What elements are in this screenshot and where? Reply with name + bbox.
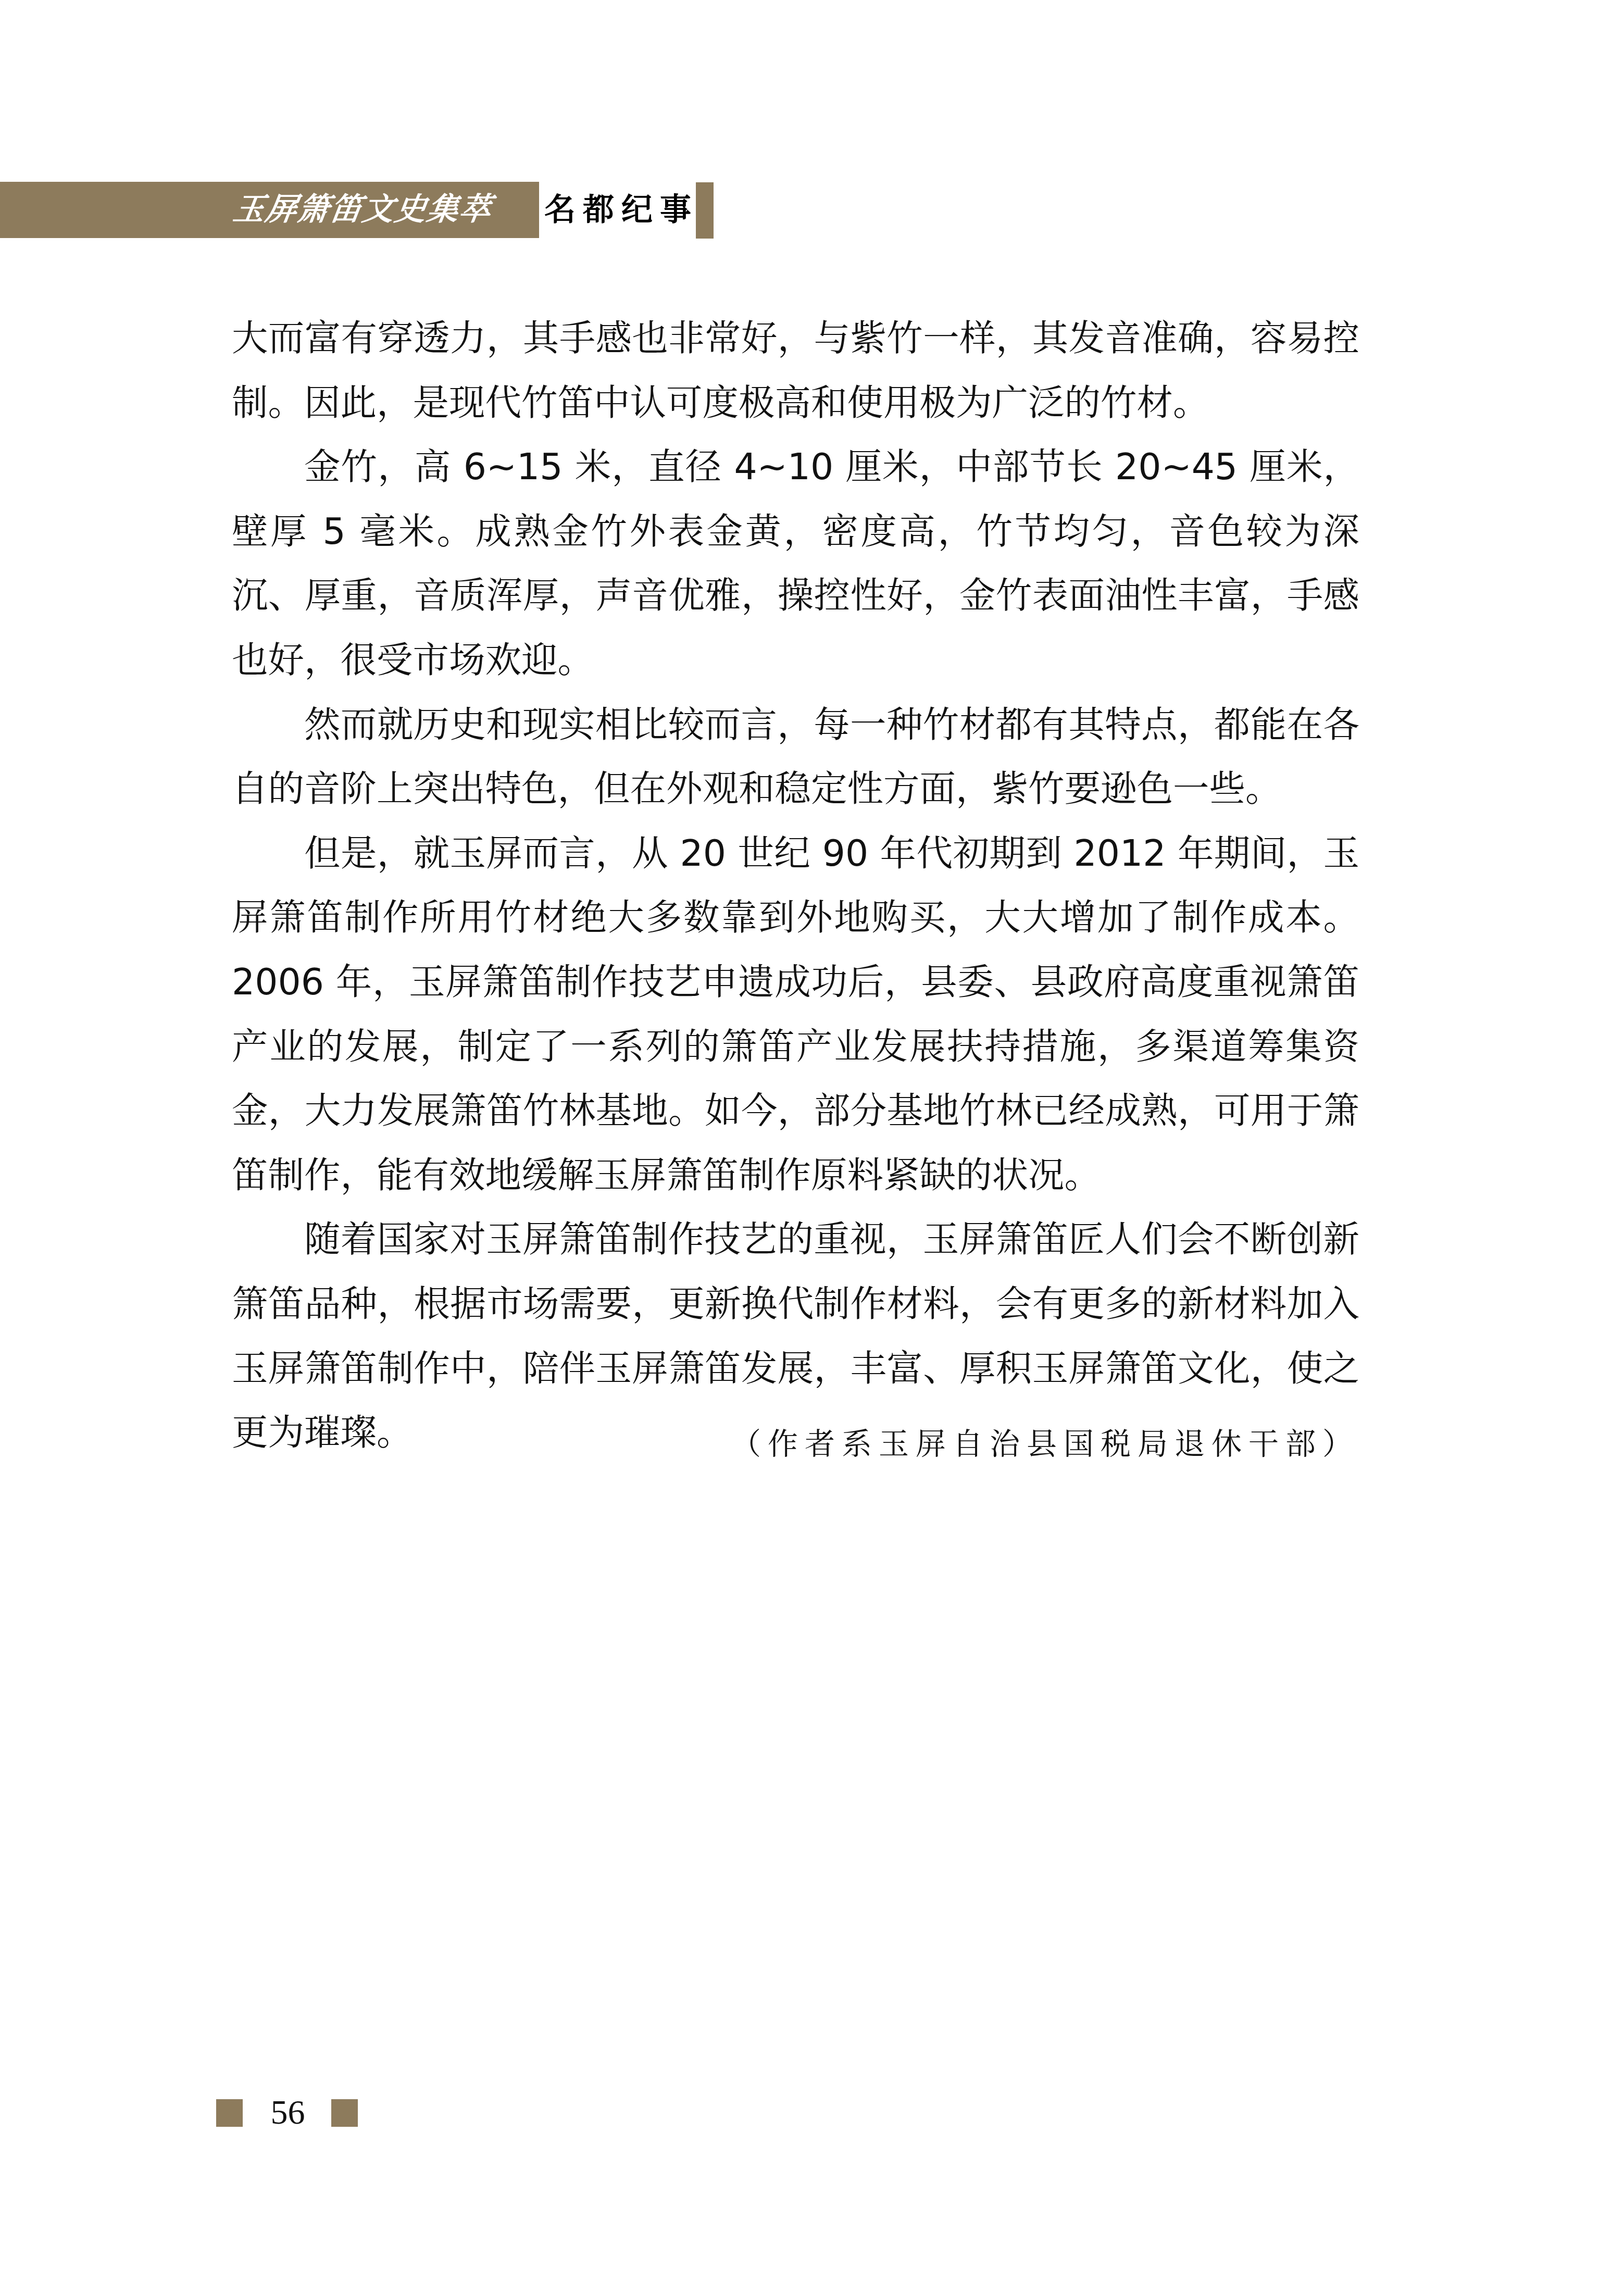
section-title: 名都纪事 [544, 186, 698, 233]
header-end-block [696, 182, 714, 239]
paragraph: 但是，就玉屏而言，从 20 世纪 90 年代初期到 2012 年期间，玉屏箫笛制… [232, 821, 1359, 1208]
author-attribution: （作者系玉屏自治县国税局退休干部） [731, 1418, 1359, 1470]
series-title: 玉屏箫笛文史集萃 [230, 183, 503, 235]
article-body: 大而富有穿透力，其手感也非常好，与紫竹一样，其发音准确，容易控制。因此，是现代竹… [232, 306, 1359, 1465]
footer-square-right [331, 2099, 358, 2127]
paragraph: 大而富有穿透力，其手感也非常好，与紫竹一样，其发音准确，容易控制。因此，是现代竹… [232, 306, 1359, 435]
page-number: 56 [268, 2093, 307, 2133]
footer-square-left [216, 2099, 243, 2127]
paragraph: 然而就历史和现实相比较而言，每一种竹材都有其特点，都能在各自的音阶上突出特色，但… [232, 693, 1359, 821]
paragraph: 金竹，高 6~15 米，直径 4~10 厘米，中部节长 20~45 厘米，壁厚 … [232, 435, 1359, 692]
